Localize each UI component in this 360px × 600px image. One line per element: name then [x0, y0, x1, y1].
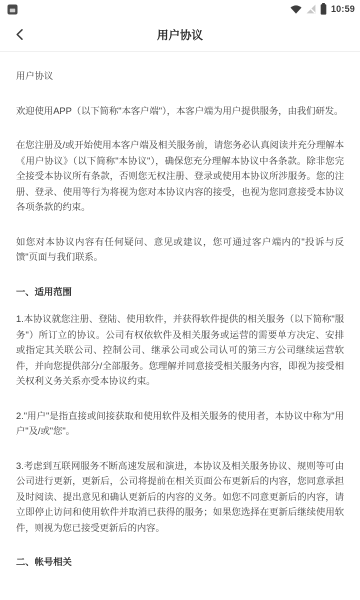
status-bar: 10:59: [0, 0, 360, 18]
paragraph: 欢迎使用APP（以下简称"本客户端"），本客户端为用户提供服务，由我们研发。: [16, 104, 344, 120]
app-notification-icon: [7, 4, 18, 15]
chevron-left-icon: [14, 28, 26, 41]
paragraph: 3.考虑到互联网服务不断高速发展和演进，本协议及相关服务协议、规则等可由公司进行…: [16, 459, 344, 537]
battery-icon: [320, 3, 327, 15]
nav-bar: 用户协议: [0, 18, 360, 52]
paragraph: 2."用户"是指直接或间接获取和使用软件及相关服务的使用者，本协议中称为"用户"…: [16, 409, 344, 440]
status-bar-time: 10:59: [331, 4, 355, 14]
back-button[interactable]: [8, 18, 32, 51]
paragraph: 1.本协议就您注册、登陆、使用软件，并获得软件提供的相关服务（以下简称"服务"）…: [16, 312, 344, 390]
section-heading: 一、适用范围: [16, 285, 344, 301]
app-screen: 10:59 用户协议 用户协议欢迎使用APP（以下简称"本客户端"），本客户端为…: [0, 0, 360, 600]
document-title: 用户协议: [16, 69, 344, 85]
no-signal-icon: [306, 4, 316, 14]
page-title: 用户协议: [0, 27, 360, 43]
paragraph: 在您注册及/或开始使用本客户端及相关服务前，请您务必认真阅读并充分理解本《用户协…: [16, 138, 344, 216]
status-bar-right: 10:59: [290, 3, 355, 15]
wifi-icon: [290, 5, 302, 14]
section-heading: 二、帐号相关: [16, 555, 344, 571]
agreement-content[interactable]: 用户协议欢迎使用APP（以下简称"本客户端"），本客户端为用户提供服务，由我们研…: [0, 52, 360, 600]
paragraph: 如您对本协议内容有任何疑问、意见或建议，您可通过客户端内的"投诉与反馈"页面与我…: [16, 235, 344, 266]
